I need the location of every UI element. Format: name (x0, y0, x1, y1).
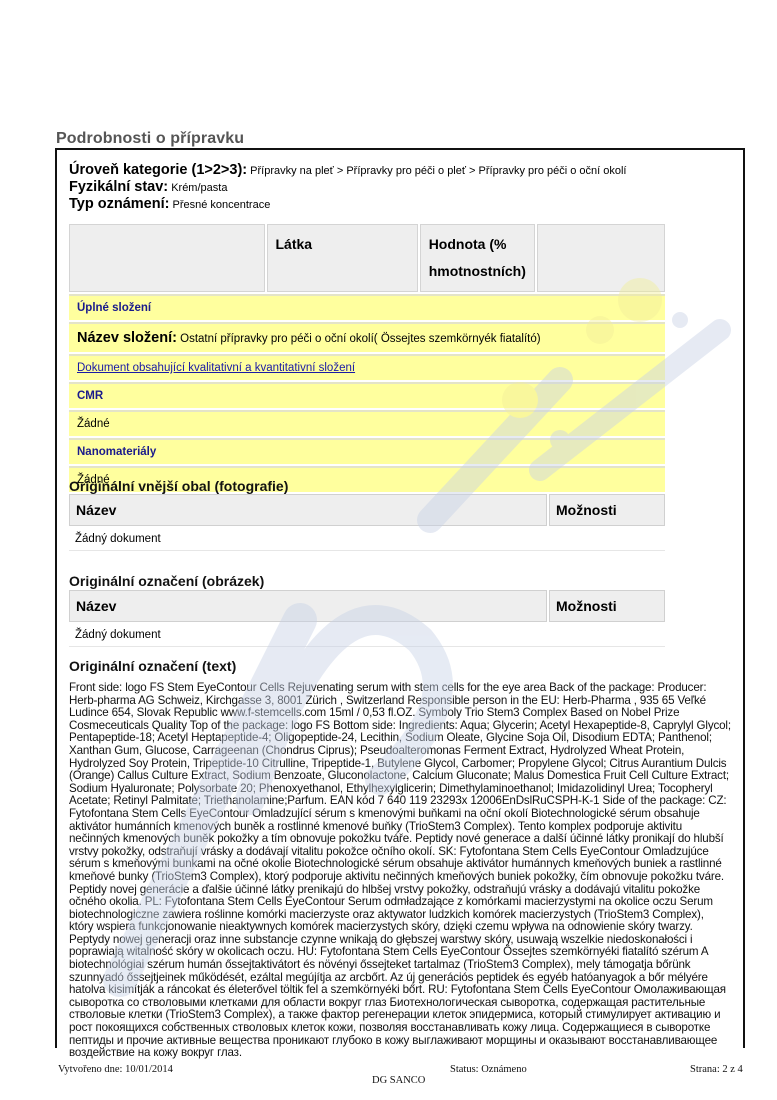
header-empty-1 (69, 224, 265, 292)
full-composition-label: Úplné složení (77, 302, 151, 314)
table-row: Žádné (69, 410, 665, 436)
label-text-title: Originální označení (text) (69, 658, 236, 674)
notification-type-label: Typ oznámení: (69, 196, 169, 212)
header-empty-2 (537, 224, 665, 292)
header-name: Název (69, 590, 547, 622)
table-row: CMR (69, 382, 665, 408)
table-row: Dokument obsahující kvalitativní a kvant… (69, 354, 665, 380)
label-text-body: Front side: logo FS Stem EyeContour Cell… (69, 682, 731, 1060)
physical-state-value: Krém/pasta (171, 182, 227, 194)
category-row: Úroveň kategorie (1>2>3): Přípravky na p… (69, 162, 627, 179)
category-label: Úroveň kategorie (1>2>3): (69, 162, 247, 178)
notification-type-row: Typ oznámení: Přesné koncentrace (69, 196, 627, 213)
label-image-table: Název Možnosti Žádný dokument (67, 588, 667, 649)
category-value: Přípravky na pleť > Přípravky pro péči o… (250, 165, 626, 177)
footer-created-date: Vytvořeno dne: 10/01/2014 (58, 1064, 173, 1075)
composition-name-value: Ostatní přípravky pro péči o oční okolí(… (180, 333, 540, 345)
table-row: Žádný dokument (69, 624, 665, 647)
nanomaterials-label: Nanomateriály (77, 446, 156, 458)
composition-name-label: Název složení: (77, 330, 177, 346)
header-value: Hodnota (% hmotnostních) (420, 224, 535, 292)
no-document-cell: Žádný dokument (69, 528, 665, 551)
composition-document-link[interactable]: Dokument obsahující kvalitativní a kvant… (77, 362, 355, 374)
cmr-label: CMR (77, 390, 103, 402)
product-meta: Úroveň kategorie (1>2>3): Přípravky na p… (69, 162, 627, 213)
header-name: Název (69, 494, 547, 526)
footer-page-number: Strana: 2 z 4 (690, 1064, 743, 1075)
label-image-header: Název Možnosti (69, 590, 665, 622)
outer-packaging-header: Název Možnosti (69, 494, 665, 526)
table-row: Žádný dokument (69, 528, 665, 551)
header-options: Možnosti (549, 590, 665, 622)
footer-organization: DG SANCO (372, 1075, 425, 1086)
header-options: Možnosti (549, 494, 665, 526)
footer-status: Status: Oznámeno (450, 1064, 527, 1075)
substance-table-header: Látka Hodnota (% hmotnostních) (69, 224, 665, 292)
header-substance: Látka (267, 224, 418, 292)
table-row: Úplné složení (69, 294, 665, 320)
notification-type-value: Přesné koncentrace (173, 199, 271, 211)
table-row: Název složení: Ostatní přípravky pro péč… (69, 322, 665, 352)
no-document-cell: Žádný dokument (69, 624, 665, 647)
product-details-box: Úroveň kategorie (1>2>3): Přípravky na p… (55, 148, 745, 1048)
label-image-title: Originální označení (obrázek) (69, 573, 264, 589)
physical-state-label: Fyzikální stav: (69, 179, 168, 195)
outer-packaging-table: Název Možnosti Žádný dokument (67, 492, 667, 553)
table-row: Nanomateriály (69, 438, 665, 464)
physical-state-row: Fyzikální stav: Krém/pasta (69, 179, 627, 196)
cmr-value: Žádné (77, 418, 110, 430)
substance-table: Látka Hodnota (% hmotnostních) Úplné slo… (67, 222, 667, 494)
section-title: Podrobnosti o přípravku (56, 130, 244, 148)
